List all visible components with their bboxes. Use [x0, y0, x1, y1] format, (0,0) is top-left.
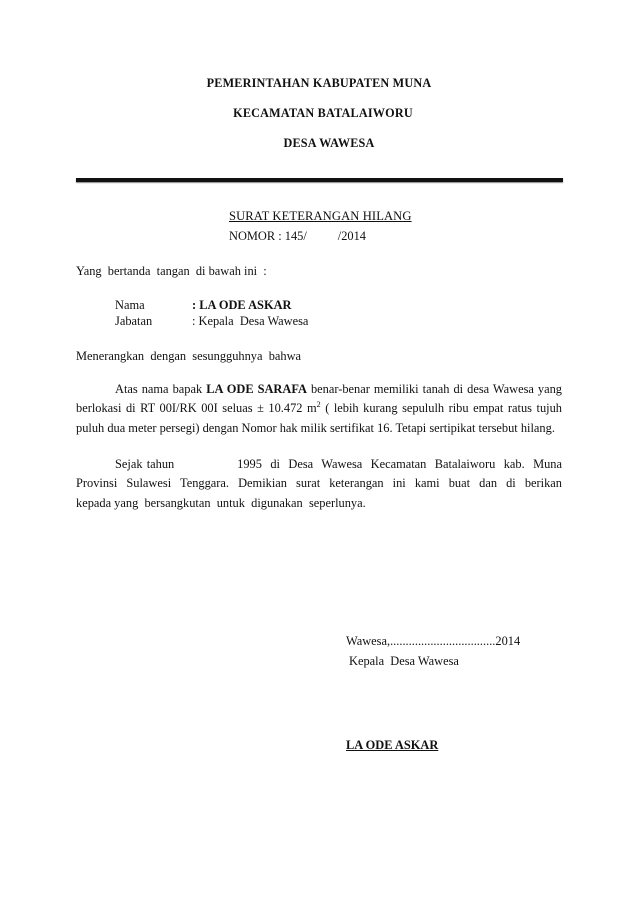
header-village: DESA WAWESA [10, 136, 638, 151]
body1-prefix: Atas nama bapak [115, 382, 206, 396]
body-paragraph-1: Atas nama bapak LA ODE SARAFA benar-bena… [76, 380, 562, 438]
header-divider [76, 178, 563, 182]
field-label-nama: Nama [115, 298, 145, 313]
field-value-nama: : LA ODE ASKAR [192, 298, 292, 313]
field-value-jabatan: : Kepala Desa Wawesa [192, 314, 308, 329]
letter-number: NOMOR : 145/ /2014 [229, 229, 366, 244]
header-district: KECAMATAN BATALAIWORU [4, 106, 638, 121]
header-government: PEMERINTAHAN KABUPATEN MUNA [0, 76, 638, 91]
letter-title: SURAT KETERANGAN HILANG [229, 209, 412, 224]
signature-name: LA ODE ASKAR [346, 738, 438, 753]
signature-place-date: Wawesa,.................................… [346, 634, 520, 649]
body-paragraph-2: Sejak tahun 1995 di Desa Wawesa Kecamata… [76, 455, 562, 513]
intro-text: Yang bertanda tangan di bawah ini : [76, 264, 267, 279]
landowner-name: LA ODE SARAFA [206, 382, 307, 396]
field-label-jabatan: Jabatan [115, 314, 152, 329]
statement-text: Menerangkan dengan sesungguhnya bahwa [76, 349, 301, 364]
signature-position: Kepala Desa Wawesa [349, 654, 459, 669]
